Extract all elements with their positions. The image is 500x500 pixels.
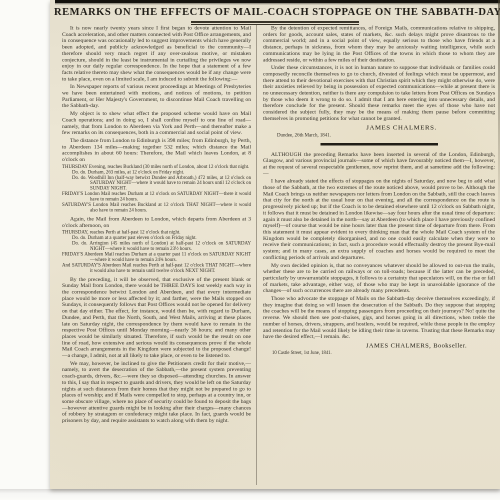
scan-mat-edge bbox=[0, 489, 500, 500]
paragraph-under-circumstances: Under these circumstances, it is not in … bbox=[263, 65, 495, 122]
right-column: By the detention of expected remittances… bbox=[263, 25, 495, 489]
document-page: REMARKS ON THE EFFECTS OF MAIL-COACH STO… bbox=[50, 0, 500, 489]
column-divider bbox=[256, 25, 257, 485]
paragraph-again-aberdeen: Again, the Mail from Aberdeen to London,… bbox=[62, 216, 251, 229]
paragraph-advocates-deceived: Those who advocate the stoppage of Mails… bbox=[263, 296, 495, 340]
page-title: REMARKS ON THE EFFECTS OF MAIL-COACH STO… bbox=[54, 7, 496, 18]
signature-james-chalmers-bookseller: JAMES CHALMERS, Bookseller. bbox=[263, 341, 495, 349]
dateline-castle-street: 10 Castle Street, 1st June, 1841. bbox=[263, 350, 495, 355]
paragraph-object: My object is to shew what effect the pro… bbox=[62, 111, 251, 136]
paragraph-three-days-lost: By the preceding, it will be observed, t… bbox=[62, 276, 251, 359]
paragraph-intro: It is now nearly twenty years since I fi… bbox=[62, 25, 251, 82]
paragraph-detention-remittances: By the detention of expected remittances… bbox=[263, 25, 495, 63]
timetable-line: And SATURDAY'S Aberdeen Mail reaches Per… bbox=[62, 263, 251, 274]
timetable-aberdeen-mail: THURSDAY, reaches Perth at half-past 12 … bbox=[62, 230, 251, 274]
left-column: It is now nearly twenty years since I fi… bbox=[62, 25, 251, 489]
paragraph-newspaper-reports: In Newspaper reports of various recent p… bbox=[62, 84, 251, 109]
paragraph-sabbath-stoppages: I have already stated the effects of sto… bbox=[263, 178, 495, 261]
paragraph-distance: The distance from London to Edinburgh is… bbox=[62, 137, 251, 162]
timetable-line: Do. do. Arrington (45 miles north of Lon… bbox=[62, 241, 251, 252]
dateline-dundee: Dundee, 26th March, 1841. bbox=[263, 132, 495, 138]
page-top-edge-shadow bbox=[55, 3, 500, 5]
section-divider-rule bbox=[320, 143, 438, 146]
signature-james-chalmers: JAMES CHALMERS. bbox=[263, 123, 495, 131]
text-columns: It is now nearly twenty years since I fi… bbox=[62, 25, 495, 489]
timetable-line: SATURDAY'S London Mail reaches Buckland … bbox=[62, 203, 251, 214]
paragraph-although-reprint: ALTHOUGH the preceding Remarks have been… bbox=[263, 151, 495, 176]
paragraph-petitioners-credit: We may, however, be inclined to give the… bbox=[62, 360, 251, 424]
timetable-line: FRIDAY'S Aberdeen Mail reaches Durham at… bbox=[62, 252, 251, 263]
paragraph-decided-opinion: My own decided opinion is, that no conve… bbox=[263, 262, 495, 294]
timetable-line: FRIDAY'S London Mail reaches Durham at 1… bbox=[62, 192, 251, 203]
timetable-london-mail: THURSDAY Evening, reaches Buckland (30 m… bbox=[62, 164, 251, 213]
timetable-line: Do. do. Woodhill Inn (half-way betwixt D… bbox=[62, 175, 251, 191]
